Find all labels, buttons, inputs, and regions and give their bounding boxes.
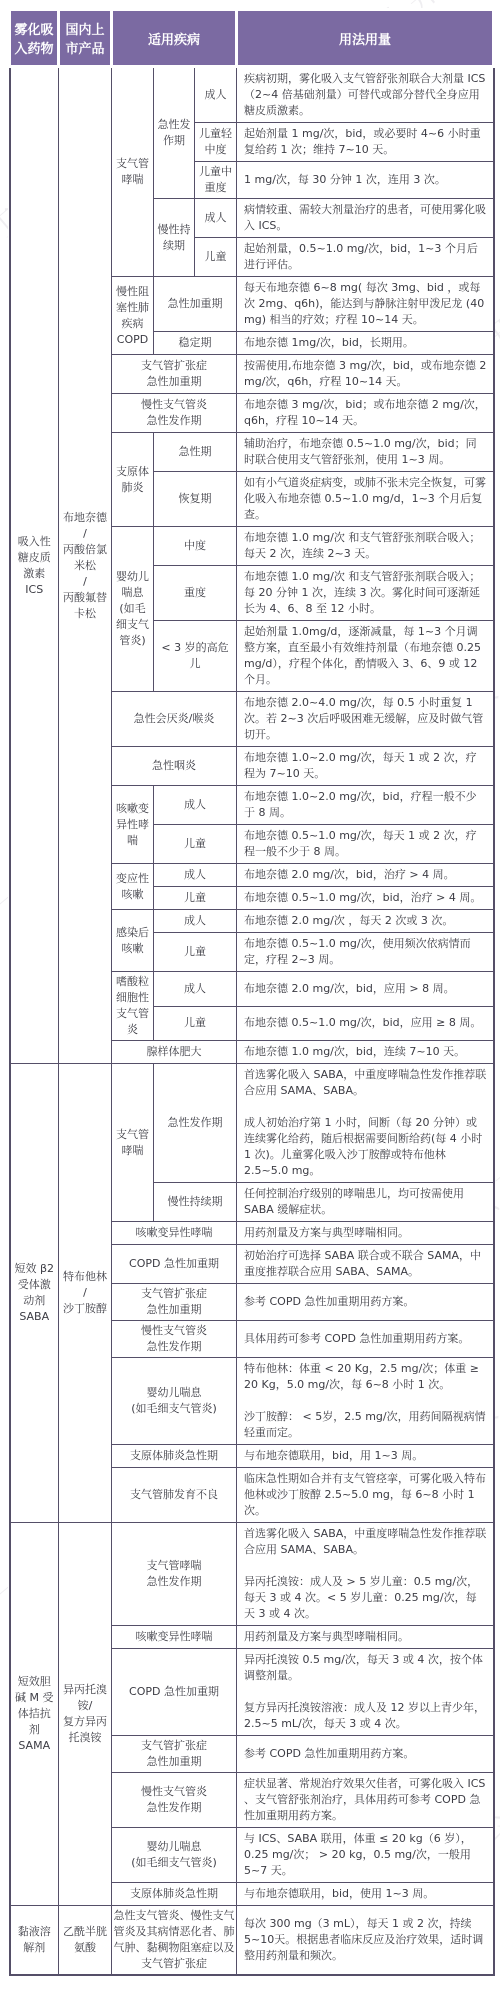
dosage-cell: 1 mg/次，每 30 分钟 1 次，连用 3 次。 <box>237 162 494 199</box>
dosage-cell: 布地奈德 2.0 mg/次，bid，治疗 > 4 周。 <box>237 864 494 887</box>
table-row: 黏液溶 解剂 乙酰半胱 氨酸 急性支气管炎、慢性支气管炎及其病情恶化者、肺气肿、… <box>10 1906 494 1976</box>
disease-cell: 嗜酸粒 细胞性 支气管 炎 <box>112 972 154 1041</box>
stage-cell: 成人 <box>154 972 237 1007</box>
dosage-cell: 布地奈德 1.0 mg/次，bid，连续 7~10 天。 <box>237 1041 494 1064</box>
dosage-cell: 每次 300 mg（3 mL），每天 1 或 2 次，持续 5~10天。根据患者… <box>237 1906 494 1976</box>
disease-cell: 慢性支气管炎 急性发作期 <box>112 1773 237 1828</box>
dosage-cell: 起始剂量 1.0mg/d，逐渐减量，每 1~3 个月调整方案，直至最小有效维持剂… <box>237 621 494 692</box>
disease-cell: 支气管 哮喘 <box>112 67 154 277</box>
dosage-cell: 任何控制治疗级别的哮喘患儿，均可按需使用 SABA 缓解症状。 <box>237 1183 494 1222</box>
dosage-cell: 初始治疗可选择 SABA 联合或不联合 SAMA，中重度推荐联合应用 SABA、… <box>237 1245 494 1284</box>
dosage-cell: 临床急性期如合并有支气管痉挛，可雾化吸入特布他林或沙丁胺醇 2.5~5.0 mg… <box>237 1468 494 1523</box>
disease-cell: 咳嗽变 异性哮 喘 <box>112 786 154 864</box>
dosage-cell: 布地奈德 2.0~4.0 mg/次，每 0.5 小时重复 1 次。若 2~3 次… <box>237 692 494 747</box>
patient-group-cell: 成人 <box>195 67 237 123</box>
disease-cell: 急性咽炎 <box>112 747 237 786</box>
stage-cell: 恢复期 <box>154 472 237 527</box>
stage-cell: 儿童 <box>154 825 237 864</box>
drug-class-cell: 短效 β2 受体激 动剂 SABA <box>10 1064 59 1523</box>
dosage-cell: 用药剂量及方案与典型哮喘相同。 <box>237 1222 494 1245</box>
stage-cell: 儿童 <box>154 887 237 910</box>
drug-class-cell: 黏液溶 解剂 <box>10 1906 59 1976</box>
dosage-cell: 与 ICS、SABA 联用，体重 ≤ 20 kg（6 岁），0.25 mg/次；… <box>237 1828 494 1883</box>
dosage-cell: 布地奈德 2.0 mg/次，bid，应用 > 8 周。 <box>237 972 494 1007</box>
stage-cell: 中度 <box>154 527 237 566</box>
header-dosage: 用法用量 <box>237 10 494 67</box>
dosage-cell: 布地奈德 3 mg/次，bid；或布地奈德 2 mg/次，q6h，疗程 10~1… <box>237 394 494 433</box>
product-cell: 异丙托溴 铵/ 复方异丙 托溴铵 <box>59 1523 112 1906</box>
stage-cell: 成人 <box>154 910 237 933</box>
disease-cell: 急性支气管炎、慢性支气管炎及其病情恶化者、肺气肿、黏稠物阻塞症以及支气管扩张症 <box>112 1906 237 1976</box>
disease-cell: 婴幼儿喘息 (如毛细支气管炎) <box>112 1828 237 1883</box>
dosage-cell: 首选雾化吸入 SABA，中重度哮喘急性发作推荐联合应用 SAMA、SABA。 异… <box>237 1523 494 1626</box>
stage-cell: 儿童 <box>154 1006 237 1041</box>
dosage-cell: 用药剂量及方案与典型哮喘相同。 <box>237 1626 494 1649</box>
patient-group-cell: 成人 <box>195 199 237 238</box>
dosage-cell: 与布地奈德联用，bid，用 1~3 周。 <box>237 1445 494 1468</box>
disease-cell: 支原体肺炎急性期 <box>112 1445 237 1468</box>
disease-cell: 变应性 咳嗽 <box>112 864 154 910</box>
table-row: 吸入性 糖皮质 激素 ICS 布地奈德 / 丙酸倍氯 米松 / 丙酸氟替 卡松 … <box>10 67 494 123</box>
stage-cell: 重度 <box>154 566 237 621</box>
disease-cell: 支气管 哮喘 <box>112 1064 154 1222</box>
dosage-cell: 布地奈德 0.5~1.0 mg/次，bid，应用 ≥ 8 周。 <box>237 1006 494 1041</box>
stage-cell: 成人 <box>154 864 237 887</box>
dosage-cell: 布地奈德 0.5~1.0 mg/次，使用频次依病情而定，疗程 2~3 周。 <box>237 933 494 972</box>
dosage-cell: 参考 COPD 急性加重期用药方案。 <box>237 1736 494 1773</box>
patient-group-cell: 儿童 <box>195 238 237 277</box>
dosage-cell: 具体用药可参考 COPD 急性加重期用药方案。 <box>237 1321 494 1358</box>
patient-group-cell: 儿童中 重度 <box>195 162 237 199</box>
disease-cell: 支原体肺炎急性期 <box>112 1883 237 1906</box>
disease-cell: COPD 急性加重期 <box>112 1649 237 1736</box>
dosage-cell: 每天布地奈德 6~8 mg( 每次 3mg、bid ，或每次 2mg、q6h)，… <box>237 277 494 332</box>
dosage-cell: 布地奈德 1.0 mg/次 和支气管舒张剂联合吸入；每 20 分钟 1 次，连续… <box>237 566 494 621</box>
drug-class-cell: 吸入性 糖皮质 激素 ICS <box>10 67 59 1064</box>
disease-cell: 支原体 肺炎 <box>112 433 154 527</box>
disease-cell: 咳嗽变异性哮喘 <box>112 1222 237 1245</box>
dosage-cell: 起始剂量，0.5~1.0 mg/次，bid，1~3 个月后进行评估。 <box>237 238 494 277</box>
disease-cell: 急性会厌炎/喉炎 <box>112 692 237 747</box>
disease-cell: 慢性支气管炎 急性发作期 <box>112 394 237 433</box>
dosage-cell: 特布他林：体重 < 20 Kg，2.5 mg/次；体重 ≥ 20 Kg，5.0 … <box>237 1358 494 1445</box>
disease-cell: 支气管扩张症 急性加重期 <box>112 1284 237 1321</box>
product-cell: 布地奈德 / 丙酸倍氯 米松 / 丙酸氟替 卡松 <box>59 67 112 1064</box>
header-row: 雾化吸入药物 国内上市产品 适用疾病 用法用量 <box>10 10 494 67</box>
dosage-cell: 布地奈德 0.5~1.0 mg/次，bid，治疗 > 4 周。 <box>237 887 494 910</box>
disease-cell: 慢性阻 塞性肺 疾病 COPD <box>112 277 154 355</box>
dosage-cell: 疾病初期，雾化吸入支气管舒张剂联合大剂量 ICS（2~4 倍基础剂量）可替代或部… <box>237 67 494 123</box>
product-cell: 乙酰半胱 氨酸 <box>59 1906 112 1976</box>
dosage-cell: 起始剂量 1 mg/次，bid，或必要时 4~6 小时重复给药 1 次；维持 7… <box>237 123 494 162</box>
header-product: 国内上市产品 <box>59 10 112 67</box>
dosage-cell: 首选雾化吸入 SABA，中重度哮喘急性发作推荐联合应用 SAMA、SABA。 成… <box>237 1064 494 1183</box>
disease-cell: 婴幼儿喘息 (如毛细支气管炎) <box>112 1358 237 1445</box>
stage-cell: 稳定期 <box>154 332 237 355</box>
dosage-cell: 布地奈德 1.0 mg/次 和支气管舒张剂联合吸入；每天 2 次，连续 2~3 … <box>237 527 494 566</box>
dosage-cell: 参考 COPD 急性加重期用药方案。 <box>237 1284 494 1321</box>
stage-cell: 成人 <box>154 786 237 825</box>
disease-cell: 腺样体肥大 <box>112 1041 237 1064</box>
table-row: 短效 β2 受体激 动剂 SABA 特布他林 / 沙丁胺醇 支气管 哮喘 急性发… <box>10 1064 494 1183</box>
dosage-cell: 症状显著、常规治疗效果欠佳者，可雾化吸入 ICS 、支气管舒张剂治疗，具体用药可… <box>237 1773 494 1828</box>
dosage-cell: 辅助治疗，布地奈德 0.5~1.0 mg/次，bid；同时联合使用支气管舒张剂，… <box>237 433 494 472</box>
stage-cell: < 3 岁的高危 儿 <box>154 621 237 692</box>
stage-cell: 慢性持 续期 <box>154 199 195 277</box>
dosage-cell: 异丙托溴铵 0.5 mg/次，每天 3 或 4 次，按个体调整剂量。 复方异丙托… <box>237 1649 494 1736</box>
disease-cell: 支气管肺发育不良 <box>112 1468 237 1523</box>
table-row: 短效胆 碱 M 受 体拮抗 剂 SAMA 异丙托溴 铵/ 复方异丙 托溴铵 支气… <box>10 1523 494 1626</box>
stage-cell: 急性期 <box>154 433 237 472</box>
dosage-cell: 布地奈德 1mg/次，bid，长期用。 <box>237 332 494 355</box>
disease-cell: 支气管哮喘 急性发作期 <box>112 1523 237 1626</box>
dosage-cell: 布地奈德 1.0~2.0 mg/次，每天 1 或 2 次，疗程为 7~10 天。 <box>237 747 494 786</box>
dosage-cell: 布地奈德 2.0 mg/次 ，每天 2 次或 3 次。 <box>237 910 494 933</box>
product-cell: 特布他林 / 沙丁胺醇 <box>59 1064 112 1523</box>
drug-class-cell: 短效胆 碱 M 受 体拮抗 剂 SAMA <box>10 1523 59 1906</box>
dosage-cell: 如有小气道炎症病变，或肺不张未完全恢复，可雾化吸入布地奈德 0.5~1.0 mg… <box>237 472 494 527</box>
disease-cell: 婴幼儿 喘息 (如毛 细支气 管炎) <box>112 527 154 692</box>
stage-cell: 急性发作期 <box>154 1064 237 1183</box>
medication-table: 雾化吸入药物 国内上市产品 适用疾病 用法用量 吸入性 糖皮质 激素 ICS 布… <box>8 8 495 1976</box>
header-drug: 雾化吸入药物 <box>10 10 59 67</box>
disease-cell: 支气管扩张症 急性加重期 <box>112 355 237 394</box>
stage-cell: 儿童 <box>154 933 237 972</box>
stage-cell: 急性加重期 <box>154 277 237 332</box>
stage-cell: 急性发 作期 <box>154 67 195 199</box>
disease-cell: 咳嗽变异性哮喘 <box>112 1626 237 1649</box>
disease-cell: 支气管扩张症 急性加重期 <box>112 1736 237 1773</box>
disease-cell: 慢性支气管炎 急性发作期 <box>112 1321 237 1358</box>
dosage-cell: 按需使用,布地奈德 3 mg/次，bid，或布地奈德 2 mg/次，q6h，疗程… <box>237 355 494 394</box>
dosage-cell: 病情较重、需较大剂量治疗的患者，可使用雾化吸入 ICS。 <box>237 199 494 238</box>
disease-cell: COPD 急性加重期 <box>112 1245 237 1284</box>
dosage-cell: 与布地奈德联用，bid，使用 1~3 周。 <box>237 1883 494 1906</box>
stage-cell: 慢性持续期 <box>154 1183 237 1222</box>
disease-cell: 感染后 咳嗽 <box>112 910 154 972</box>
header-disease: 适用疾病 <box>112 10 237 67</box>
dosage-cell: 布地奈德 1.0~2.0 mg/次，bid，疗程一般不少于 8 周。 <box>237 786 494 825</box>
patient-group-cell: 儿童轻 中度 <box>195 123 237 162</box>
dosage-cell: 布地奈德 0.5~1.0 mg/次，每天 1 或 2 次，疗程一般不少于 8 周… <box>237 825 494 864</box>
